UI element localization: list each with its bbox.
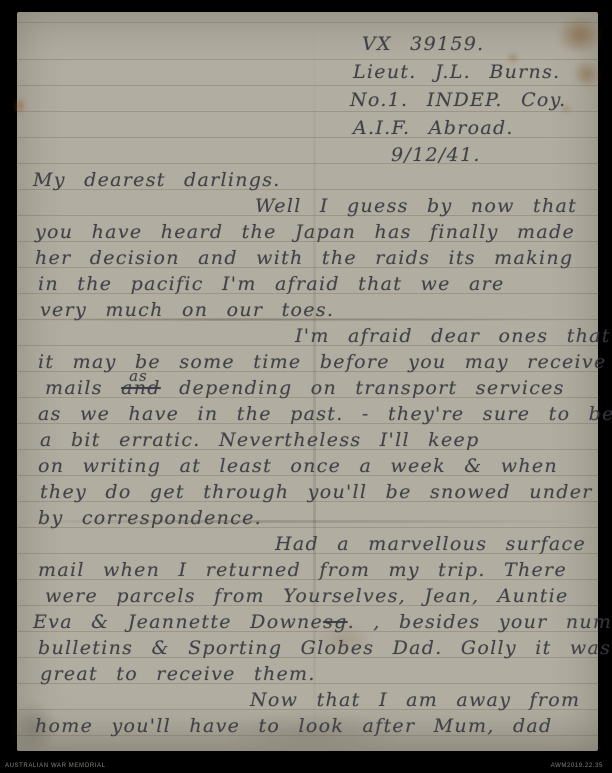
stain	[557, 16, 603, 54]
address-header-line: No.1. INDEP. Coy.	[350, 88, 567, 112]
letter-page: VX 39159.Lieut. J.L. Burns.No.1. INDEP. …	[17, 12, 598, 751]
handwritten-line: were parcels from Yourselves, Jean, Aunt…	[45, 584, 569, 608]
handwritten-line: great to receive them.	[40, 662, 316, 686]
archive-name-caption: AUSTRALIAN WAR MEMORIAL	[5, 763, 106, 769]
handwritten-line: I'm afraid dear ones that	[295, 324, 611, 348]
handwritten-line: as we have in the past. - they're sure t…	[38, 402, 612, 426]
handwritten-line: a bit erratic. Nevertheless I'll keep	[40, 428, 480, 452]
handwritten-line: in the pacific I'm afraid that we are	[38, 272, 505, 296]
handwritten-line: by correspondence.	[38, 506, 262, 530]
handwritten-line: it may be some time before you may recei…	[38, 350, 607, 374]
handwritten-line: Now that I am away from	[250, 688, 580, 712]
handwritten-line: you have heard the Japan has finally mad…	[35, 220, 575, 244]
handwritten-line: Well I guess by now that	[255, 194, 577, 218]
address-header-line: A.I.F. Abroad.	[353, 116, 514, 140]
corrected-word: sg	[323, 610, 348, 634]
stain	[573, 60, 601, 88]
corrected-word: andas	[121, 376, 161, 400]
address-header-line: 9/12/41.	[391, 143, 481, 167]
handwritten-line: mails andas depending on transport servi…	[45, 376, 565, 400]
address-header-line: Lieut. J.L. Burns.	[353, 60, 560, 84]
archive-id-caption: AWM2019.22.35	[551, 763, 603, 769]
handwritten-line: home you'll have to look after Mum, dad	[35, 714, 553, 738]
stain	[14, 98, 26, 114]
handwritten-line: My dearest darlings.	[33, 168, 281, 192]
inserted-word: as	[129, 364, 148, 388]
handwritten-line: they do get through you'll be snowed und…	[40, 480, 593, 504]
handwritten-line: very much on our toes.	[40, 298, 334, 322]
handwritten-line: Had a marvellous surface	[275, 532, 586, 556]
handwritten-line: her decision and with the raids its maki…	[35, 246, 573, 270]
handwritten-line: mail when I returned from my trip. There	[38, 558, 567, 582]
handwritten-line: Eva & Jeannette Downesg. , besides your …	[33, 610, 612, 634]
handwritten-line: on writing at least once a week & when	[38, 454, 558, 478]
handwritten-line: bulletins & Sporting Globes Dad. Golly i…	[38, 636, 611, 660]
address-header-line: VX 39159.	[362, 32, 484, 56]
